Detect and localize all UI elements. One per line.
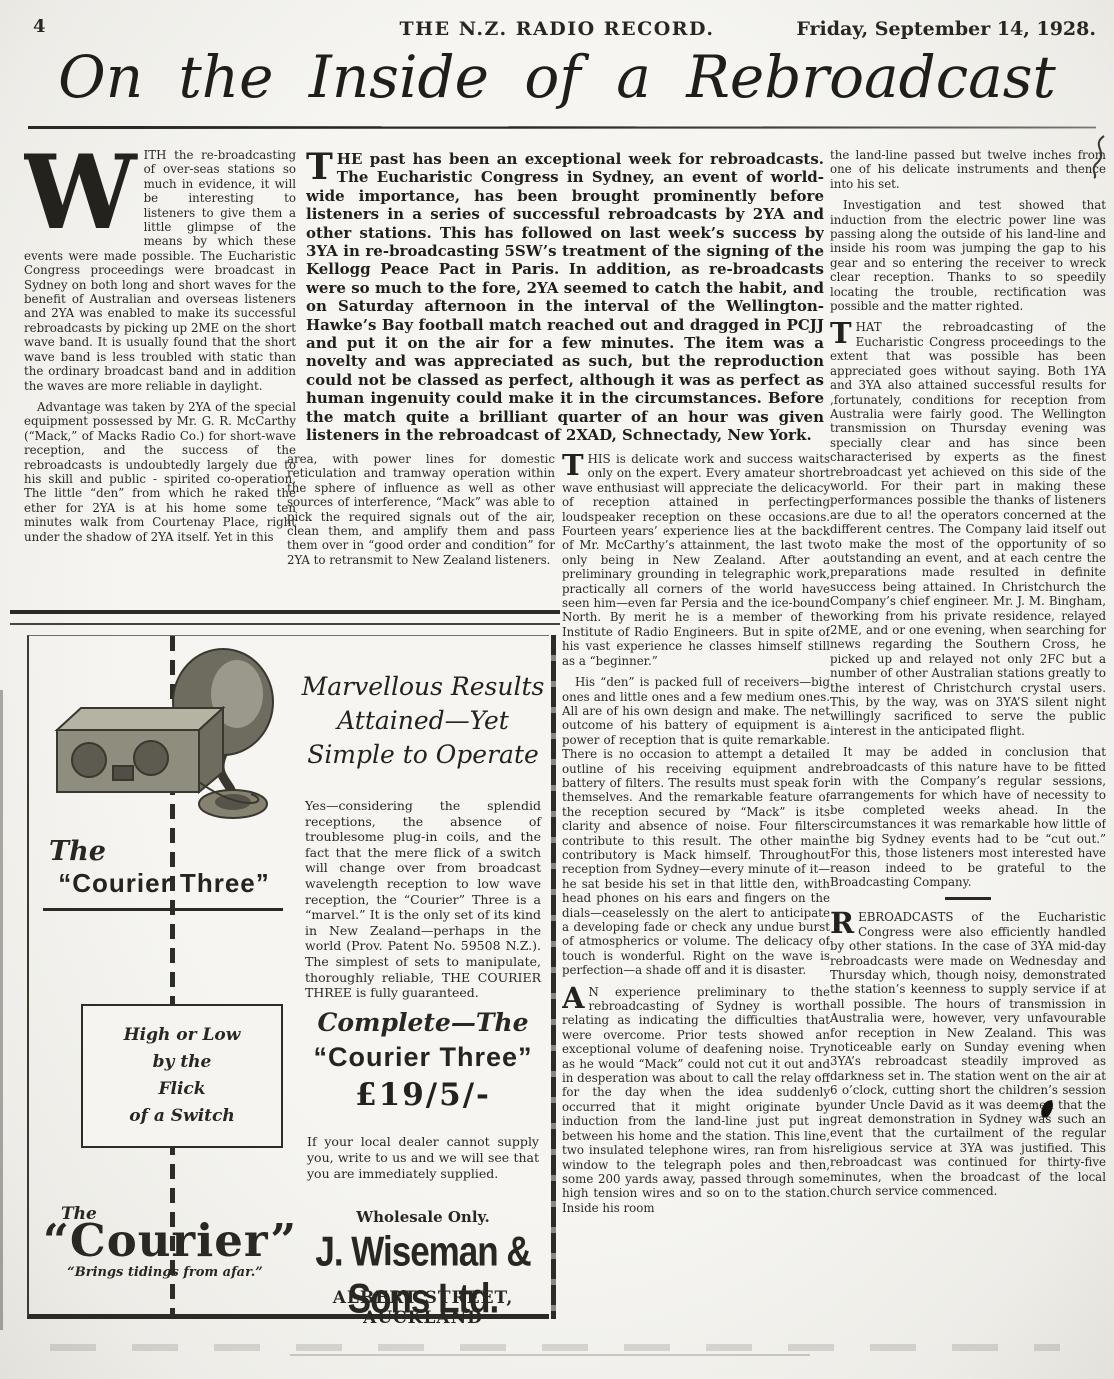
paragraph: His “den” is packed full of receivers—bi… (562, 675, 830, 978)
paragraph: THIS is delicate work and success waits … (562, 452, 830, 668)
paragraph: the land-line passed but twelve inches f… (830, 148, 1106, 191)
drop-cap: T (562, 454, 584, 477)
paragraph-text: HAT the rebroadcasting of the Eucharisti… (830, 320, 1106, 737)
article-column-3: THIS is delicate work and success waits … (562, 452, 830, 1374)
radio-set-illustration (37, 644, 289, 836)
paragraph-text: EBROADCASTS of the Eucharistic Congress … (830, 910, 1106, 1198)
scan-streak-left (0, 690, 3, 1330)
drop-cap: T (830, 322, 852, 345)
paragraph: THAT the rebroadcasting of the Eucharist… (830, 320, 1106, 738)
paragraph: It may be added in conclusion that rebro… (830, 745, 1106, 889)
paragraph: AN experience preliminary to the rebroad… (562, 985, 830, 1216)
article-headline: On the Inside of a Rebroadcast (0, 46, 1114, 110)
ad-complete-line: Complete—The (297, 1008, 549, 1037)
header-rule (28, 126, 1096, 129)
ad-right-border (551, 635, 556, 1319)
scan-noise-bottom-2 (290, 1354, 810, 1356)
paragraph: Investigation and test showed that induc… (830, 198, 1106, 313)
ad-product-name: “Courier Three” (297, 1042, 549, 1073)
ad-headline-line: Marvellous Results (297, 670, 549, 704)
drop-cap: W (24, 151, 137, 235)
paragraph-text: HIS is delicate work and success waits o… (562, 452, 830, 668)
newspaper-page: 4 THE N.Z. RADIO RECORD. Friday, Septemb… (0, 0, 1114, 1379)
paragraph: area, with power lines for domestic reti… (287, 452, 555, 567)
ad-brand-the: The (49, 836, 106, 867)
courier-logo: The “Courier” “Brings tidings from afar.… (43, 1204, 287, 1280)
article-intro: THE past has been an exceptional week fo… (306, 150, 824, 452)
ad-headline-line: Simple to Operate (297, 738, 549, 772)
ad-brand-rule (43, 908, 283, 911)
ad-switch-box-line: of a Switch (89, 1103, 275, 1130)
ad-wholesale-note: Wholesale Only. (297, 1208, 549, 1226)
ad-switch-box-line: by the (89, 1049, 275, 1076)
scan-noise-bottom (50, 1344, 1060, 1351)
ad-body-copy: Yes—considering the splendid receptions,… (305, 798, 541, 1001)
article-column-2: area, with power lines for domestic reti… (287, 452, 555, 608)
ad-brand-name: “Courier Three” (37, 868, 291, 899)
paragraph: Advantage was taken by 2YA of the specia… (24, 400, 296, 544)
ad-headline: Marvellous Results Attained—Yet Simple t… (297, 670, 549, 772)
ad-switch-box-line: Flick (89, 1076, 275, 1103)
issue-date: Friday, September 14, 1928. (796, 18, 1096, 40)
courier-logo-tagline: “Brings tidings from afar.” (43, 1265, 287, 1280)
ad-company-address: ALBERT STREET, AUCKLAND (297, 1288, 549, 1328)
paragraph-text: HE past has been an exceptional week for… (306, 150, 824, 444)
section-divider (945, 897, 991, 900)
ad-price: £19/5/- (297, 1077, 549, 1113)
scan-artifact-squiggle (1086, 134, 1112, 180)
courier-three-advertisement: The “Courier Three” High or Low by the F… (27, 635, 549, 1319)
ad-supply-note: If your local dealer cannot supply you, … (307, 1134, 539, 1182)
paragraph: THE past has been an exceptional week fo… (306, 150, 824, 445)
ad-right-column: Marvellous Results Attained—Yet Simple t… (297, 636, 549, 1314)
paragraph: WITH the re-broadcasting of over-seas st… (24, 148, 296, 393)
drop-cap: T (306, 152, 333, 182)
paragraph: REBROADCASTS of the Eucharistic Congress… (830, 910, 1106, 1198)
article-column-4: the land-line passed but twelve inches f… (830, 148, 1106, 1376)
drop-cap: A (562, 987, 585, 1010)
ad-switch-box-line: High or Low (89, 1022, 275, 1049)
article-column-1: WITH the re-broadcasting of over-seas st… (24, 148, 296, 610)
drop-cap: R (830, 912, 854, 935)
ad-top-rule (10, 610, 560, 625)
ad-switch-box: High or Low by the Flick of a Switch (81, 1004, 283, 1148)
ad-headline-line: Attained—Yet (297, 704, 549, 738)
paragraph-text: N experience preliminary to the rebroadc… (562, 985, 830, 1215)
courier-logo-name: “Courier” (43, 1218, 287, 1264)
